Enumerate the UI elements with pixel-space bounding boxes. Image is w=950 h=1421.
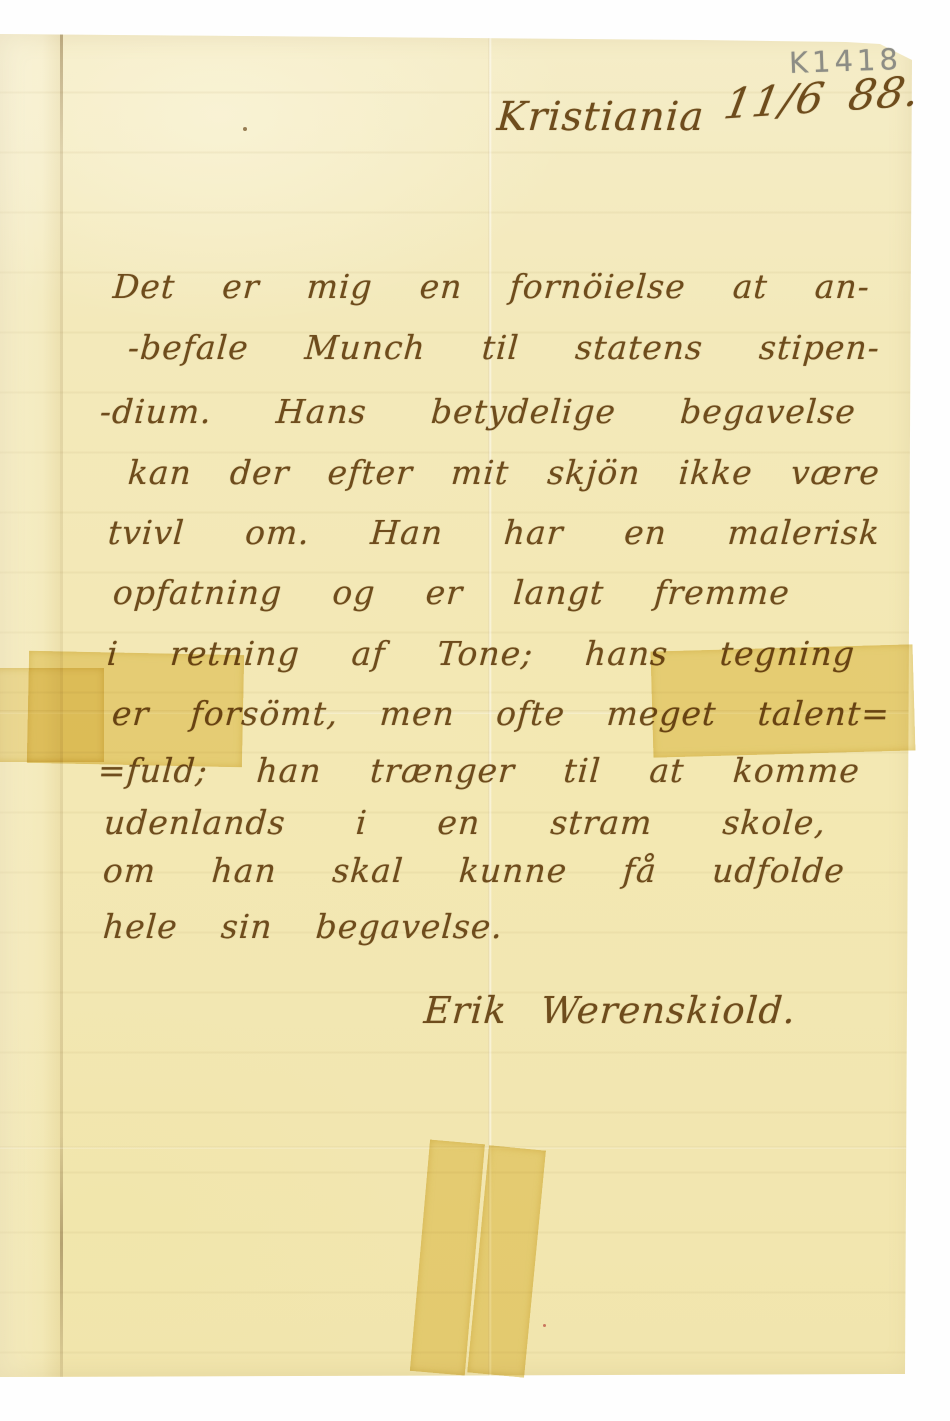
scanned-letter-page: K1418 Kristiania 11/6 88. Det er mig en … bbox=[0, 0, 950, 1421]
letter-line: tvivl om. Han har en malerisk bbox=[107, 512, 882, 553]
signature: Erik Werenskiold. bbox=[422, 988, 797, 1034]
dateline-place: Kristiania bbox=[495, 92, 706, 142]
red-speck bbox=[543, 1324, 546, 1327]
letter-line: kan der efter mit skjön ikke være bbox=[127, 452, 882, 493]
letter-line: opfatning og er langt fremme bbox=[112, 572, 792, 613]
letter-line: om han skal kunne få udfolde bbox=[102, 850, 847, 891]
letter-line: -befale Munch til statens stipen- bbox=[127, 327, 882, 368]
ink-speck bbox=[243, 127, 247, 131]
letter-line: udenlands i en stram skole, bbox=[103, 802, 828, 843]
letter-line: hele sin begavelse. bbox=[102, 906, 505, 947]
tape-strip-right bbox=[651, 644, 916, 757]
letter-line: -dium. Hans betydelige begavelse bbox=[99, 391, 858, 432]
letter-line: Det er mig en fornöielse at an- bbox=[112, 266, 872, 307]
tape-strip-left bbox=[27, 651, 244, 767]
